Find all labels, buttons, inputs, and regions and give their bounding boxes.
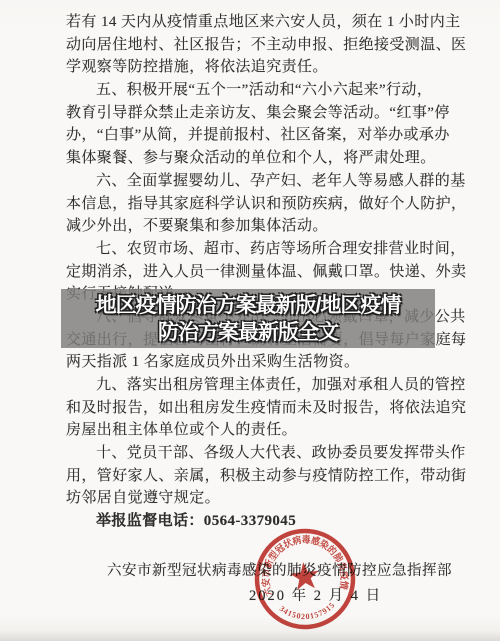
seal-star-icon <box>289 561 320 591</box>
doc-line: 七、农贸市场、超市、药店等场所合理安排营业时间， <box>66 238 444 261</box>
doc-line: 若有 14 天内从疫情重点地区来六安人员，须在 1 小时内主 <box>66 11 444 34</box>
doc-line: 办，“白事”从简，并提前报村、社区备案，对举办或承办 <box>66 124 444 147</box>
doc-line: 十、党员干部、各级人大代表、政协委员要发挥带头作 <box>66 442 444 465</box>
doc-line: 减少外出，不要聚集和参加集体活动。 <box>66 215 444 238</box>
headline-line-2: 防治方案最新版全文 <box>158 319 338 346</box>
official-seal-stamp: 六安市新型冠状病毒感染的肺炎疫情防控应急指挥部 3415020157915 <box>245 519 366 640</box>
doc-line: 五、积极开展“五个一”活动和“六小六起来”行动， <box>66 79 444 102</box>
doc-line: 和及时报告，如出租房发生疫情而未及时报告，将依法追究 <box>66 397 444 420</box>
doc-line: 教育引导群众禁止走亲访友、集会聚会等活动。“红事”停 <box>66 102 444 125</box>
doc-line: 房屋出租主体单位或个人的责任。 <box>66 419 444 442</box>
doc-line: 定期消杀，进入人员一律测量体温、佩戴口罩。快递、外卖 <box>66 261 444 284</box>
document-body: 若有 14 天内从疫情重点地区来六安人员，须在 1 小时内主动向居住地村、社区报… <box>66 11 444 533</box>
doc-line: 九、落实出租房管理主体责任，加强对承租人员的管控 <box>66 374 444 397</box>
scanned-notice-page: 若有 14 天内从疫情重点地区来六安人员，须在 1 小时内主动向居住地村、社区报… <box>0 0 500 641</box>
doc-line: 本信息，指导其家庭科学认识和预防疾病，做好个人防护， <box>66 193 444 216</box>
doc-line: 用，管好家人、亲属，积极主动参与疫情防控工作，带动街 <box>66 465 444 488</box>
doc-line: 坊邻居自觉遵守规定。 <box>66 487 444 510</box>
doc-line: 集体聚餐、参与聚众活动的单位和个人，将严肃处理。 <box>66 147 444 170</box>
doc-line: 两天指派 1 名家庭成员外出采购生活物资。 <box>66 351 444 374</box>
doc-line: 动向居住地村、社区报告；不主动申报、拒绝接受测温、医 <box>66 34 444 57</box>
doc-line: 六、全面掌握婴幼儿、孕产妇、老年人等易感人群的基 <box>66 170 444 193</box>
headline-line-1: 地区疫情防治方案最新版/地区疫情 <box>96 292 401 319</box>
doc-line: 学观察等防控措施，将依法追究责任。 <box>66 56 444 79</box>
headline-overlay-band: 地区疫情防治方案最新版/地区疫情 防治方案最新版全文 <box>61 289 435 348</box>
